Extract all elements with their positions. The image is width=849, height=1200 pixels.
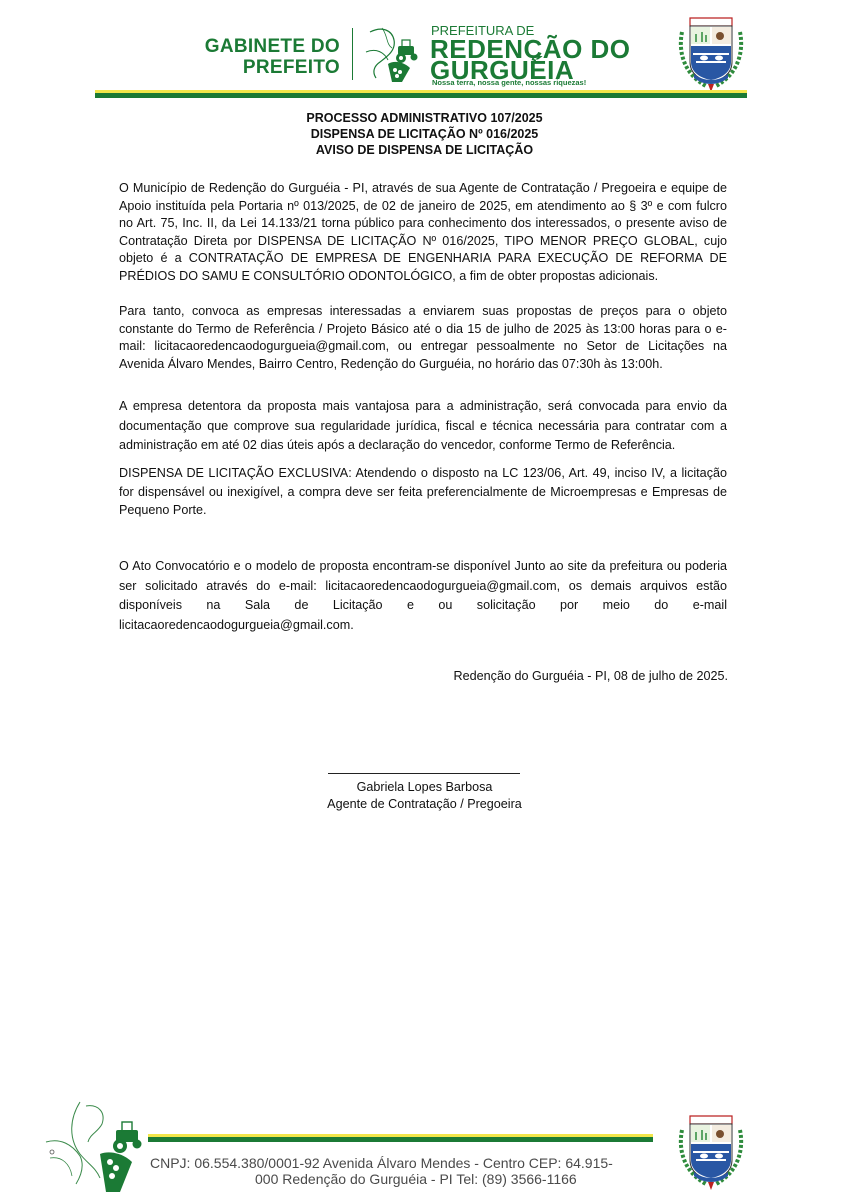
municipal-emblem-icon	[362, 22, 424, 84]
process-title: PROCESSO ADMINISTRATIVO 107/2025	[0, 110, 849, 126]
header-divider	[352, 28, 353, 80]
place-date: Redenção do Gurguéia - PI, 08 de julho d…	[300, 669, 728, 683]
footer-stripe	[148, 1134, 653, 1142]
dispensa-title: DISPENSA DE LICITAÇÃO Nº 016/2025	[0, 126, 849, 142]
municipal-emblem-icon	[40, 1098, 145, 1196]
paragraph-submission: Para tanto, convoca as empresas interess…	[119, 303, 727, 373]
header-stripe	[95, 90, 747, 98]
signatory-name: Gabriela Lopes Barbosa	[300, 779, 549, 796]
signature-line	[328, 773, 520, 774]
paragraph-intro: O Município de Redenção do Gurguéia - PI…	[119, 180, 727, 285]
notice-title: AVISO DE DISPENSA DE LICITAÇÃO	[0, 142, 849, 158]
slogan: Nossa terra, nossa gente, nossas riqueza…	[432, 79, 586, 87]
footer-address-line2: 000 Redenção do Gurguéia - PI Tel: (89) …	[255, 1171, 577, 1187]
office-name: GABINETE DO PREFEITO	[190, 36, 340, 78]
coat-of-arms-icon	[676, 12, 746, 94]
signatory-role: Agente de Contratação / Pregoeira	[300, 796, 549, 813]
coat-of-arms-icon	[676, 1110, 746, 1192]
paragraph-availability: O Ato Convocatório e o modelo de propost…	[119, 557, 727, 635]
office-name-line1: GABINETE DO	[190, 36, 340, 57]
office-name-line2: PREFEITO	[190, 57, 340, 78]
paragraph-documentation: A empresa detentora da proposta mais van…	[119, 397, 727, 456]
paragraph-exclusive: DISPENSA DE LICITAÇÃO EXCLUSIVA: Atenden…	[119, 464, 727, 520]
footer-address-line1: CNPJ: 06.554.380/0001-92 Avenida Álvaro …	[150, 1155, 613, 1171]
